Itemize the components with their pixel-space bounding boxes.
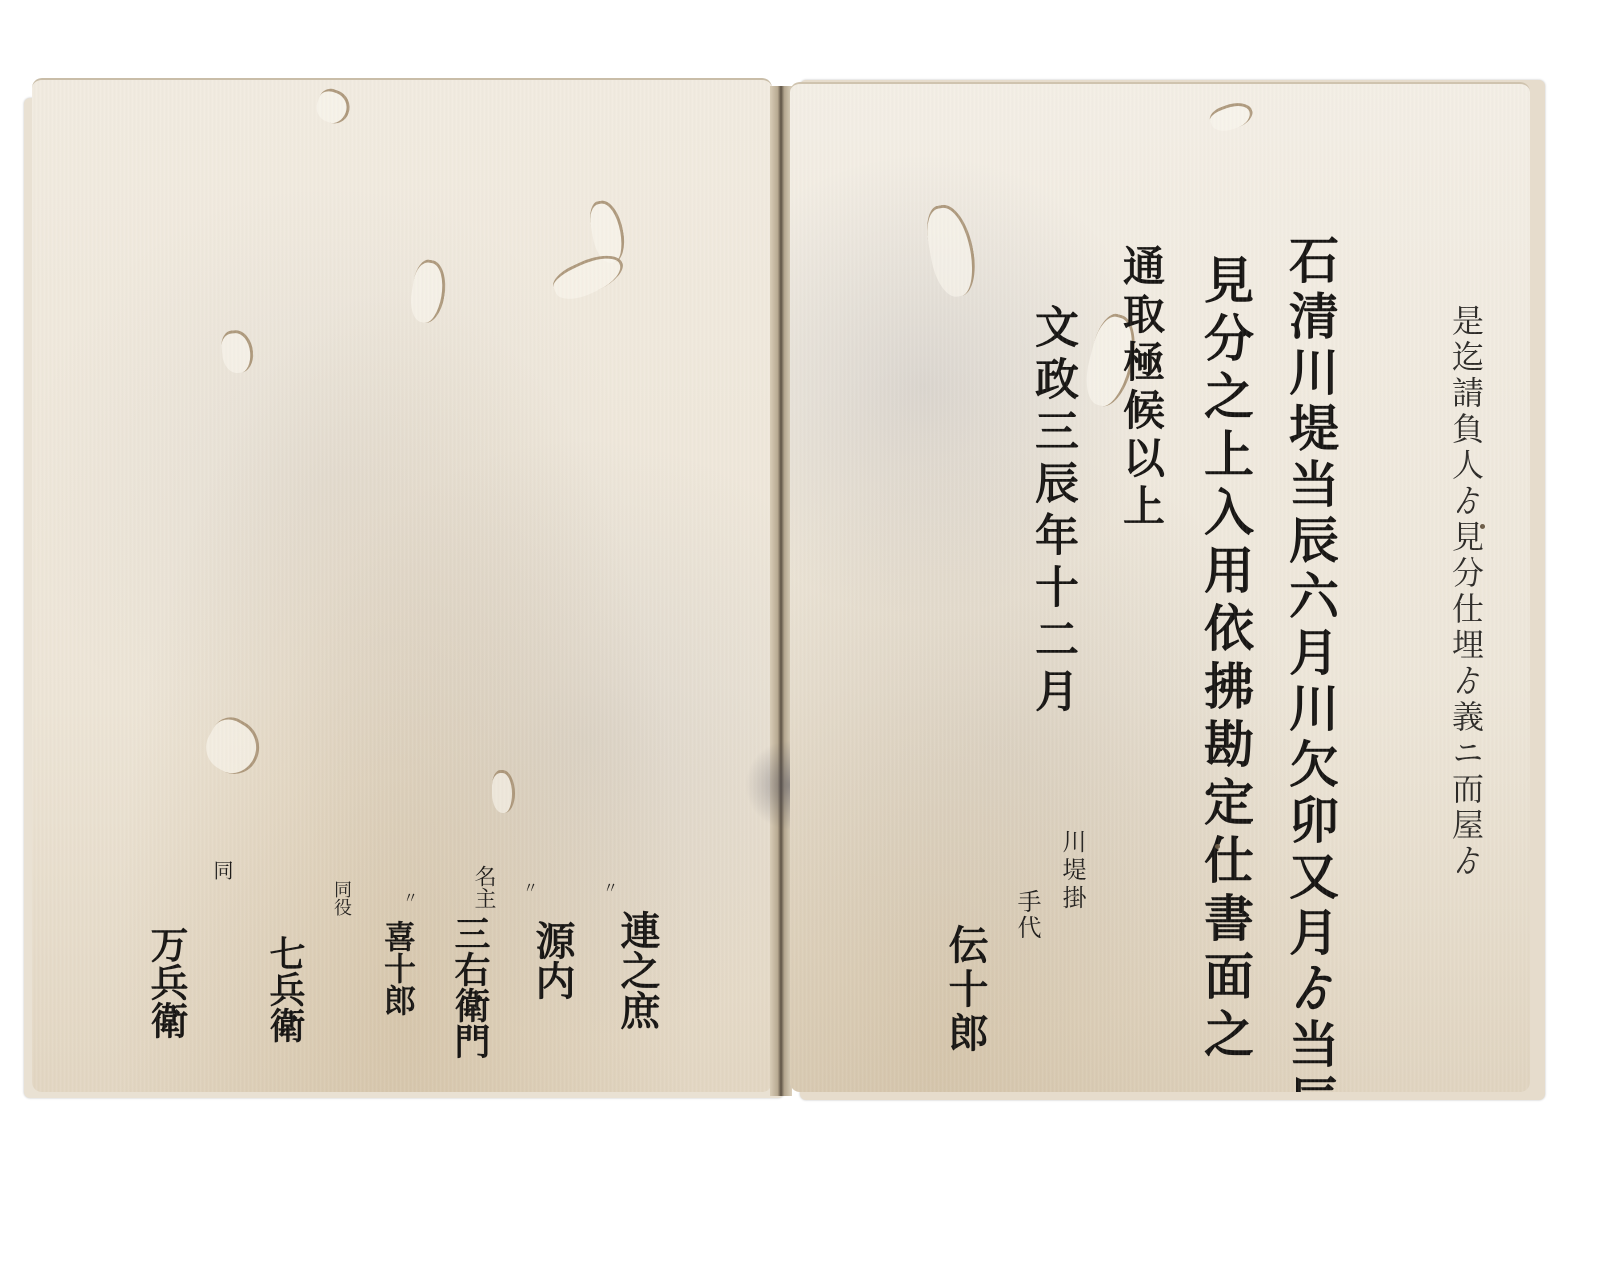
- text-column-4: 通取極候以上: [1120, 244, 1162, 532]
- left-page: 〃 連之庶 〃 源内 名主 三右衛門 〃 喜十郎 同役 七兵衛 同 万兵衛: [32, 78, 772, 1092]
- wormhole-damage: [197, 710, 269, 782]
- signatory-prefix: 〃: [402, 890, 417, 905]
- wormhole-damage: [407, 258, 450, 326]
- wormhole-damage: [312, 85, 354, 127]
- signatory-name: 万兵衛: [147, 925, 185, 1039]
- ink-dot: [1480, 524, 1485, 529]
- wormhole-damage: [922, 201, 980, 300]
- signatory-prefix: 名主: [472, 865, 494, 909]
- ink-dot: [1215, 844, 1220, 849]
- signatory-prefix: 〃: [602, 880, 617, 895]
- signature-name: 伝十郎: [945, 924, 985, 1056]
- wormhole-damage: [1207, 97, 1256, 135]
- signatory-name: 七兵衛: [267, 935, 303, 1043]
- text-column-2: 石清川堤当辰六月川欠卯又月ゟ当辰: [1285, 234, 1335, 1092]
- signatory-prefix: 〃: [522, 880, 537, 895]
- document-date: 文政三辰年十二月: [1030, 304, 1074, 720]
- open-manuscript-booklet: 〃 連之庶 〃 源内 名主 三右衛門 〃 喜十郎 同役 七兵衛 同 万兵衛 是迄…: [0, 0, 1600, 1279]
- text-column-3: 見分之上入用依拂勘定仕書面之: [1200, 254, 1250, 1066]
- signatory-prefix: 同役: [332, 880, 350, 916]
- signatory-name: 連之庶: [617, 910, 657, 1030]
- text-column-1: 是迄請負人ゟ見分仕埋ゟ義ニ而屋ゟ: [1450, 304, 1482, 880]
- signatory-name: 喜十郎: [382, 920, 414, 1016]
- signature-office: 川堤掛: [1060, 829, 1084, 913]
- binding-gutter: [770, 86, 792, 1096]
- right-page: 是迄請負人ゟ見分仕埋ゟ義ニ而屋ゟ 石清川堤当辰六月川欠卯又月ゟ当辰 見分之上入用…: [790, 82, 1530, 1092]
- signatory-name: 三右衛門: [452, 915, 488, 1059]
- signatory-prefix: 同: [212, 860, 232, 880]
- wormhole-damage: [220, 329, 255, 375]
- signature-title: 手代: [1015, 889, 1039, 941]
- signatory-name: 源内: [532, 920, 572, 1000]
- wormhole-damage: [492, 770, 515, 813]
